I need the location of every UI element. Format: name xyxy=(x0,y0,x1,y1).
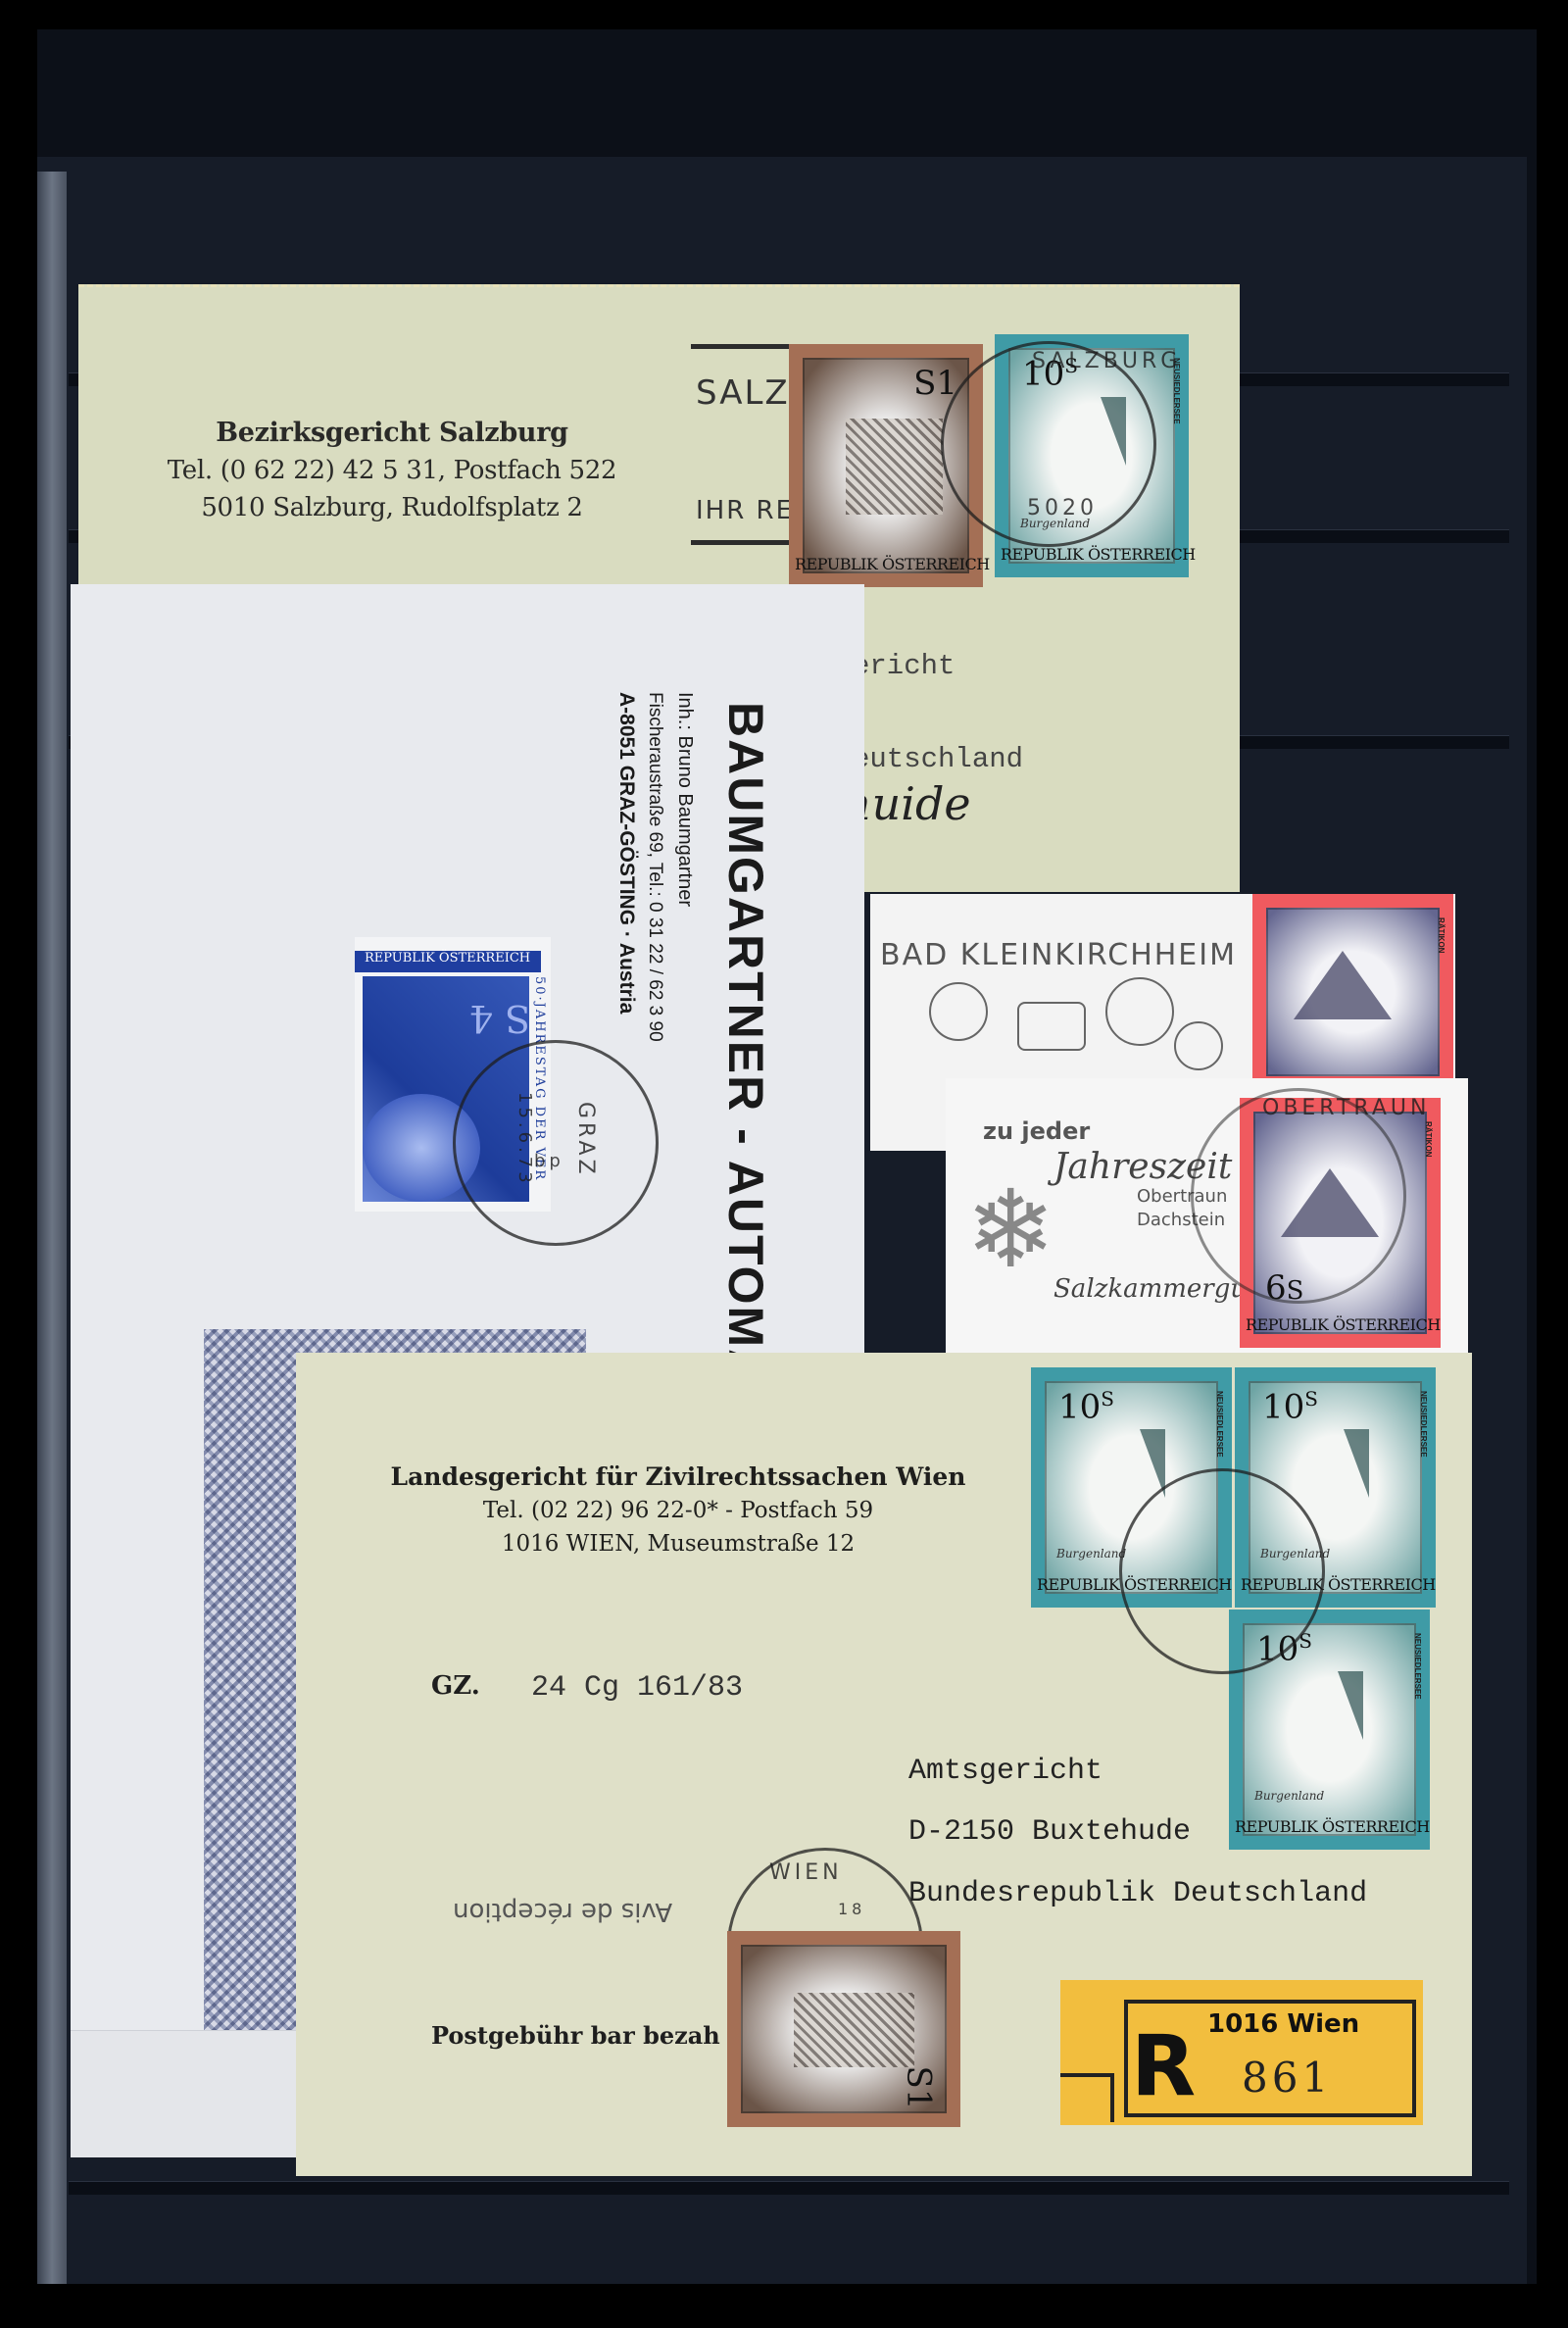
region: Salzkammergut xyxy=(1053,1274,1257,1304)
postmark-graz: GRAZ 15.6.73 bp xyxy=(453,1040,659,1246)
postmark-wien xyxy=(1119,1468,1325,1674)
sender-tel: Tel. (0 62 22) 42 5 31, Postfach 522 xyxy=(157,452,627,489)
doodle-icon xyxy=(1017,1002,1086,1051)
recipient-line-1: Amtsgericht xyxy=(908,1755,1102,1788)
sender-block: Bezirksgericht Salzburg Tel. (0 62 22) 4… xyxy=(157,415,627,526)
city: A-8051 GRAZ-GÖSTING · Austria xyxy=(614,692,638,1014)
company-name: BAUMGARTNER - AUTOMA xyxy=(717,702,774,1386)
sun-icon xyxy=(1105,977,1174,1046)
sender-block: Landesgericht für Zivilrechtssachen Wien… xyxy=(384,1461,972,1560)
typed-line: eutschland xyxy=(853,743,1023,775)
sender-address: 1016 WIEN, Museumstraße 12 xyxy=(384,1527,972,1560)
sender-tel: Tel. (02 22) 96 22-0* - Postfach 59 xyxy=(384,1494,972,1527)
doodle-icon xyxy=(1174,1021,1223,1070)
sender-name: Landesgericht für Zivilrechtssachen Wien xyxy=(384,1461,972,1494)
piece-obertraun[interactable]: zu jeder Jahreszeit Obertraun Dachstein … xyxy=(946,1078,1468,1355)
registration-letter: R xyxy=(1131,2017,1196,2115)
recipient-line-2: D-2150 Buxtehude xyxy=(908,1815,1191,1849)
registration-label[interactable]: R 1016 Wien 861 xyxy=(1060,1980,1423,2125)
postmark-obertraun: OBERTRAUN xyxy=(1191,1088,1406,1304)
slogan: BAD KLEINKIRCHHEIM xyxy=(880,938,1237,972)
stamp-6s-red[interactable]: RÄTIKON xyxy=(1252,894,1453,1090)
avis-de-reception-stamp: Avis de réception xyxy=(453,1897,672,1926)
owner: Inh.: Bruno Baumgartner xyxy=(673,692,696,907)
postmark-salzburg: SALZBURG 5020 xyxy=(941,341,1156,547)
registration-office: 1016 Wien xyxy=(1207,2009,1359,2039)
album-strip xyxy=(69,2181,1509,2195)
postage-note: Postgebühr bar bezah xyxy=(431,2021,720,2050)
gz-label: GZ. xyxy=(431,1671,480,1701)
gz-value: 24 Cg 161/83 xyxy=(531,1671,743,1705)
doodle-icon xyxy=(929,982,988,1041)
sender-name: Bezirksgericht Salzburg xyxy=(157,415,627,452)
album-binding xyxy=(37,172,67,2284)
street: Fischeraustraße 69, Tel.: 0 31 22 / 62 3… xyxy=(644,692,665,1042)
snowflake-icon: ❄ xyxy=(965,1166,1055,1292)
sender-address: 5010 Salzburg, Rudolfsplatz 2 xyxy=(157,489,627,526)
stamp-1s-brown[interactable]: S1 xyxy=(727,1931,960,2127)
recipient-line-3: Bundesrepublik Deutschland xyxy=(908,1877,1367,1910)
slogan-1: zu jeder xyxy=(983,1117,1090,1145)
envelope-wien[interactable]: Landesgericht für Zivilrechtssachen Wien… xyxy=(296,1353,1472,2176)
typed-line: ericht xyxy=(853,650,955,682)
registration-number: 861 xyxy=(1242,2054,1332,2102)
